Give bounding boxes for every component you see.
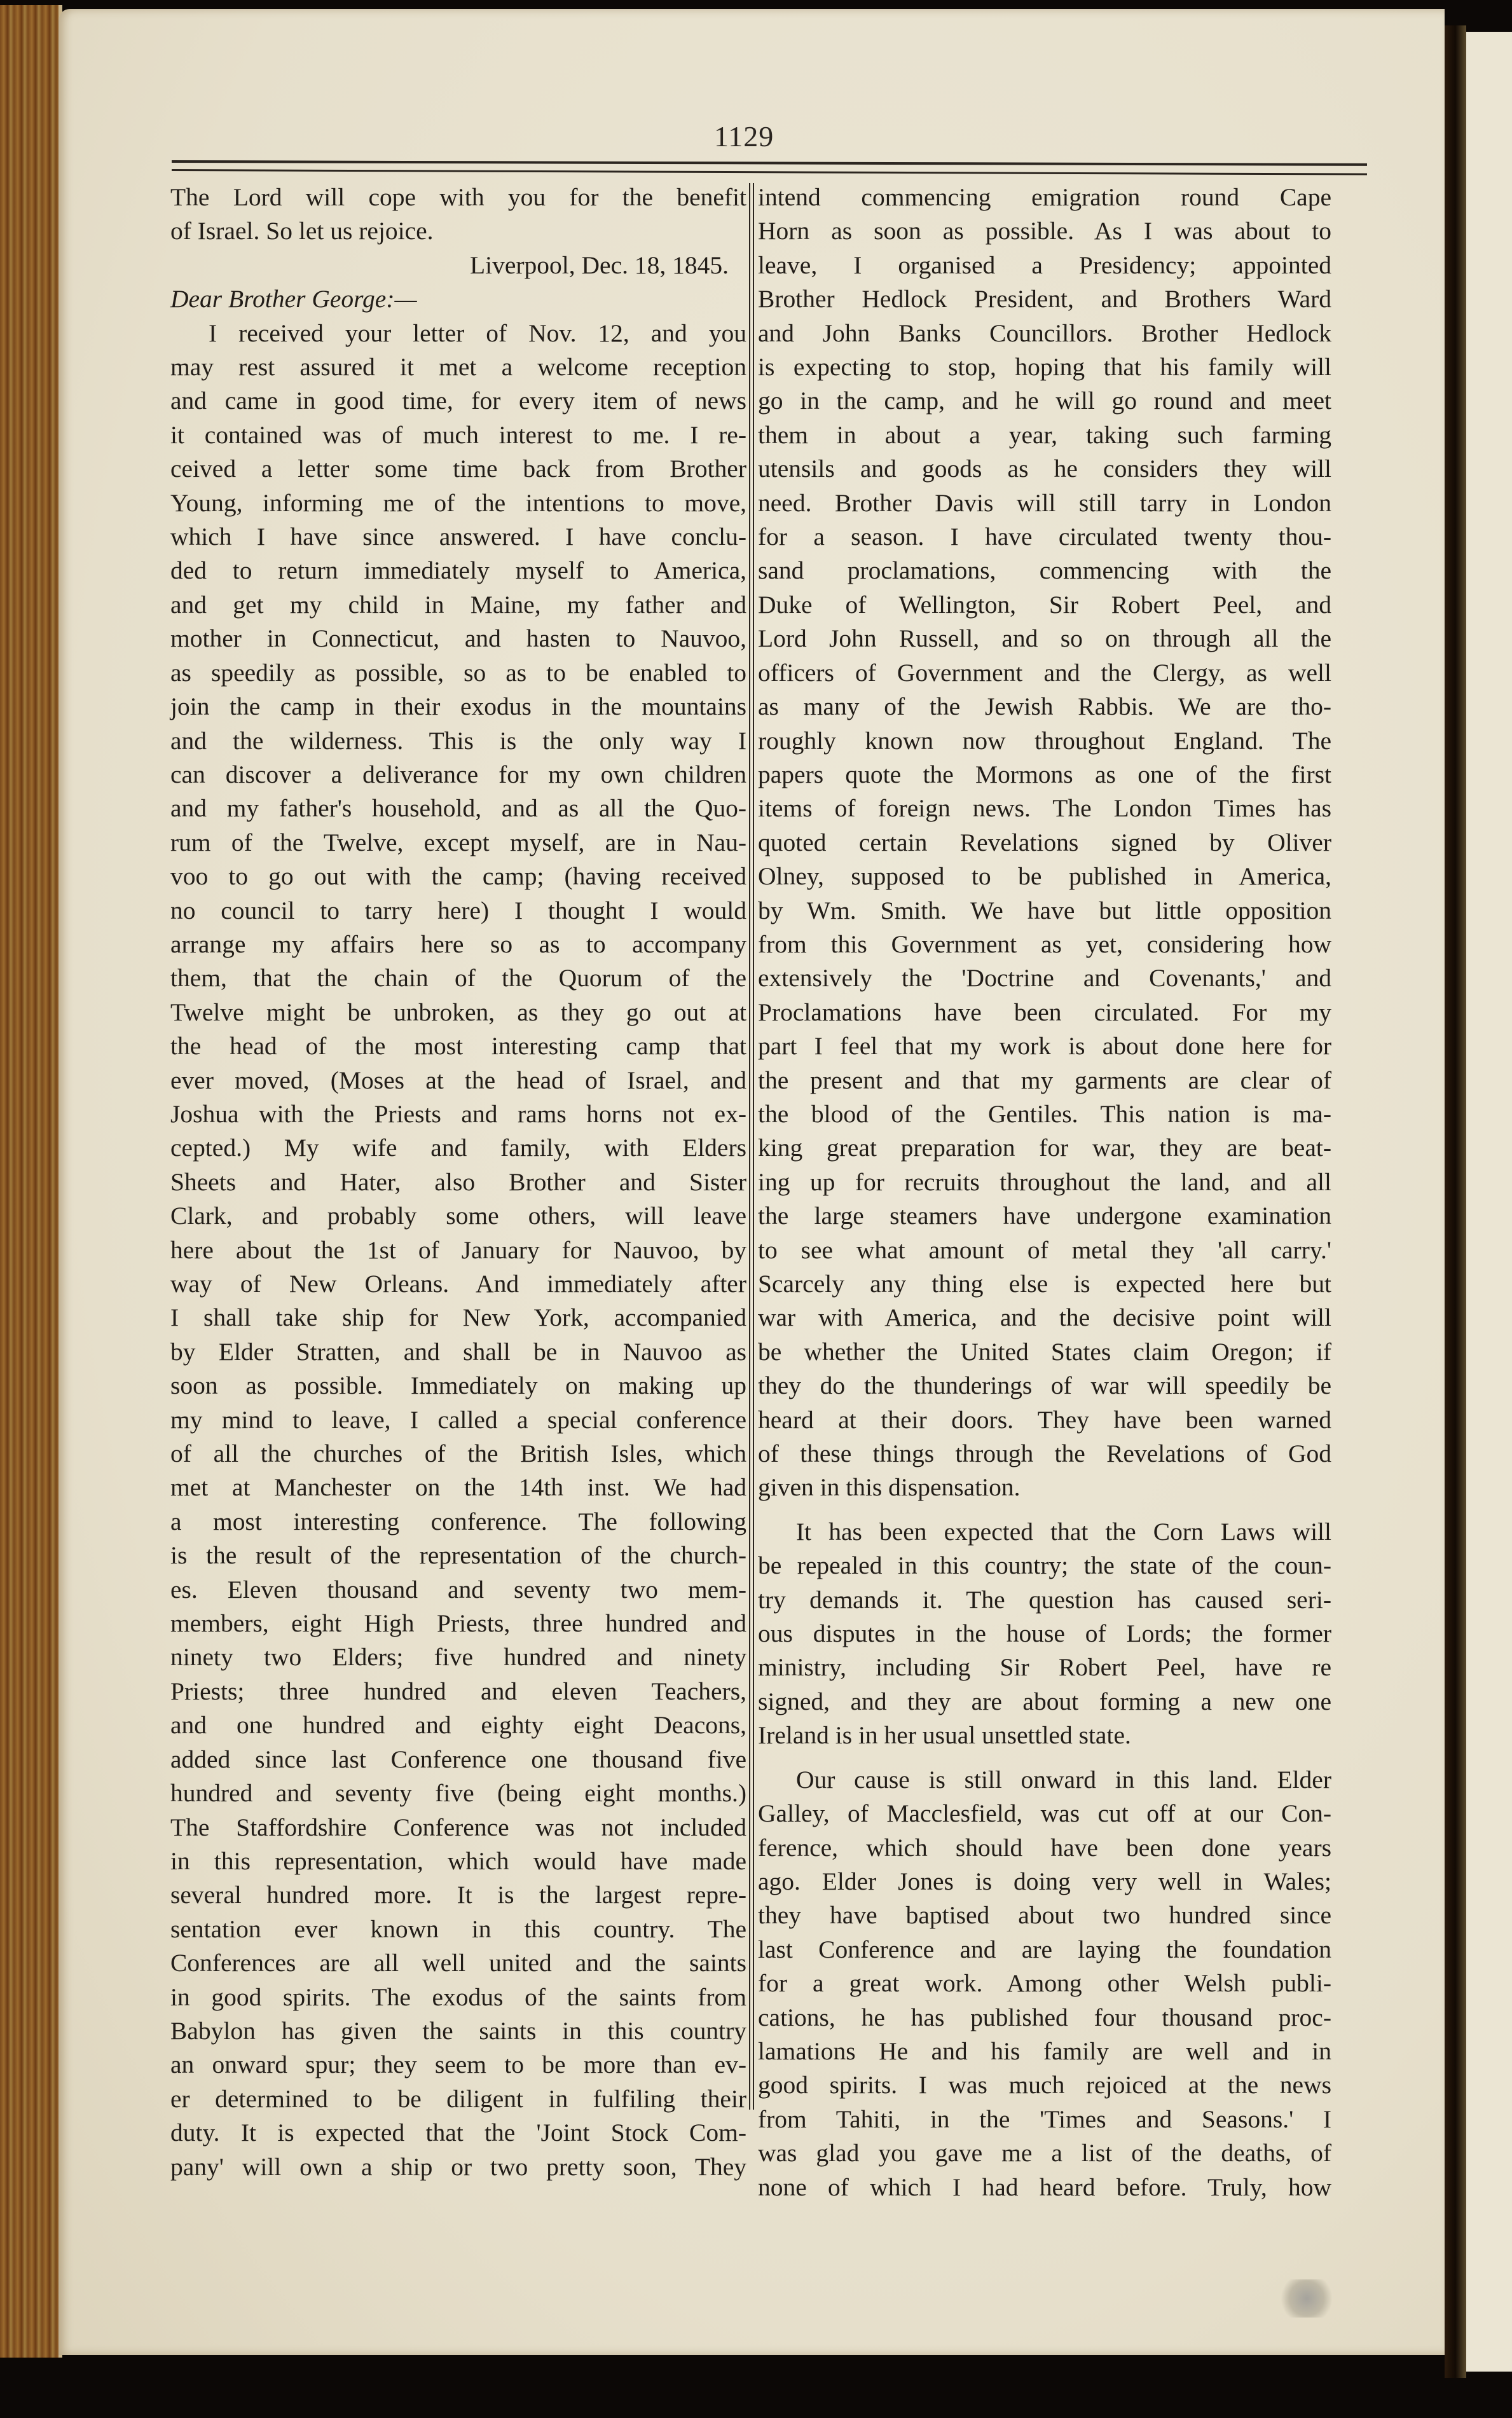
text-line: It has been expected that the Corn Laws … bbox=[758, 1515, 1331, 1549]
text-line: pany' will own a ship or two pretty soon… bbox=[170, 2150, 746, 2184]
text-line: sand proclamations, commencing with the bbox=[758, 554, 1331, 587]
text-line: they have baptised about two hundred sin… bbox=[758, 1899, 1331, 1932]
text-line: extensively the 'Doctrine and Covenants,… bbox=[758, 961, 1331, 995]
text-line: Babylon has given the saints in this cou… bbox=[170, 2014, 746, 2048]
text-line: ever moved, (Moses at the head of Israel… bbox=[170, 1064, 746, 1097]
text-line: need. Brother Davis will still tarry in … bbox=[758, 486, 1331, 520]
text-line: Lord John Russell, and so on through all… bbox=[758, 622, 1331, 656]
text-line: heard at their doors. They have been war… bbox=[758, 1403, 1331, 1437]
text-line: Conferences are all well united and the … bbox=[170, 1946, 746, 1980]
text-line: of these things through the Revelations … bbox=[758, 1437, 1331, 1471]
text-line: ing up for recruits throughout the land,… bbox=[758, 1165, 1331, 1199]
text-line: king great preparation for war, they are… bbox=[758, 1131, 1331, 1165]
text-line: duty. It is expected that the 'Joint Sto… bbox=[170, 2116, 746, 2150]
text-line: Ireland is in her usual unsettled state. bbox=[758, 1719, 1331, 1752]
text-line: Priests; three hundred and eleven Teache… bbox=[170, 1675, 746, 1708]
text-line: good spirits. I was much rejoiced at the… bbox=[758, 2068, 1331, 2102]
left-column: The Lord will cope with you for the bene… bbox=[170, 181, 746, 2184]
text-line: given in this dispensation. bbox=[758, 1471, 1331, 1504]
text-line: Sheets and Hater, also Brother and Siste… bbox=[170, 1165, 746, 1199]
text-line: Brother Hedlock President, and Brothers … bbox=[758, 282, 1331, 316]
column-divider bbox=[749, 183, 754, 2110]
text-line: ference, which should have been done yea… bbox=[758, 1831, 1331, 1865]
text-line: a most interesting conference. The follo… bbox=[170, 1505, 746, 1539]
text-line: part I feel that my work is about done h… bbox=[758, 1029, 1331, 1063]
text-line: they do the thunderings of war will spee… bbox=[758, 1369, 1331, 1403]
text-line: may rest assured it met a welcome recept… bbox=[170, 350, 746, 384]
page-stain bbox=[1278, 2279, 1335, 2318]
text-line: them, that the chain of the Quorum of th… bbox=[170, 961, 746, 995]
text-line: be repealed in this country; the state o… bbox=[758, 1549, 1331, 1583]
text-line: several hundred more. It is the largest … bbox=[170, 1878, 746, 1912]
text-line: The Staffordshire Conference was not inc… bbox=[170, 1811, 746, 1844]
text-line: go in the camp, and he will go round and… bbox=[758, 384, 1331, 418]
text-line: of Israel. So let us rejoice. bbox=[170, 214, 746, 248]
text-line: ous disputes in the house of Lords; the … bbox=[758, 1617, 1331, 1651]
text-line: Galley, of Macclesfield, was cut off at … bbox=[758, 1797, 1331, 1831]
text-line: met at Manchester on the 14th inst. We h… bbox=[170, 1471, 746, 1504]
text-line: by Elder Stratten, and shall be in Nauvo… bbox=[170, 1335, 746, 1369]
text-line: Horn as soon as possible. As I was about… bbox=[758, 214, 1331, 248]
text-line: in good spirits. The exodus of the saint… bbox=[170, 1981, 746, 2014]
text-line: to see what amount of metal they 'all ca… bbox=[758, 1233, 1331, 1267]
text-line: is the result of the representation of t… bbox=[170, 1539, 746, 1572]
text-line: the present and that my garments are cle… bbox=[758, 1064, 1331, 1097]
text-line: join the camp in their exodus in the mou… bbox=[170, 690, 746, 724]
text-line: roughly known now throughout England. Th… bbox=[758, 724, 1331, 758]
text-line: as many of the Jewish Rabbis. We are tho… bbox=[758, 690, 1331, 724]
text-line: voo to go out with the camp; (having rec… bbox=[170, 860, 746, 893]
text-line: Young, informing me of the intentions to… bbox=[170, 486, 746, 520]
text-line: rum of the Twelve, except myself, are in… bbox=[170, 826, 746, 860]
text-line: and the wilderness. This is the only way… bbox=[170, 724, 746, 758]
text-line: Olney, supposed to be published in Ameri… bbox=[758, 860, 1331, 893]
text-line: and get my child in Maine, my father and bbox=[170, 588, 746, 622]
salutation: Dear Brother George:— bbox=[170, 282, 746, 316]
text-line: Twelve might be unbroken, as they go out… bbox=[170, 996, 746, 1029]
text-line: lamations He and his family are well and… bbox=[758, 2035, 1331, 2068]
text-line: way of New Orleans. And immediately afte… bbox=[170, 1267, 746, 1301]
page-number: 1129 bbox=[714, 120, 774, 153]
text-line: intend commencing emigration round Cape bbox=[758, 181, 1331, 214]
text-line: er determined to be diligent in fulfilin… bbox=[170, 2082, 746, 2116]
text-line: it contained was of much interest to me.… bbox=[170, 418, 746, 452]
text-line: for a great work. Among other Welsh publ… bbox=[758, 1967, 1331, 2000]
text-line: from this Government as yet, considering… bbox=[758, 928, 1331, 961]
text-line: The Lord will cope with you for the bene… bbox=[170, 181, 746, 214]
text-line: papers quote the Mormons as one of the f… bbox=[758, 758, 1331, 792]
text-line: no council to tarry here) I thought I wo… bbox=[170, 894, 746, 928]
text-line: for a season. I have circulated twenty t… bbox=[758, 520, 1331, 554]
text-line: and my father's household, and as all th… bbox=[170, 792, 746, 825]
text-line: ninety two Elders; five hundred and nine… bbox=[170, 1640, 746, 1674]
dateline: Liverpool, Dec. 18, 1845. bbox=[170, 249, 746, 282]
text-line: ministry, including Sir Robert Peel, hav… bbox=[758, 1651, 1331, 1684]
book-gutter bbox=[1445, 25, 1466, 2378]
letter-body: I received your letter of Nov. 12, and y… bbox=[170, 317, 746, 2184]
text-line: ceived a letter some time back from Brot… bbox=[170, 452, 746, 486]
text-line: added since last Conference one thousand… bbox=[170, 1743, 746, 1776]
text-line: as speedily as possible, so as to be ena… bbox=[170, 656, 746, 690]
text-line: soon as possible. Immediately on making … bbox=[170, 1369, 746, 1403]
text-line: which I have since answered. I have conc… bbox=[170, 520, 746, 554]
text-line: arrange my affairs here so as to accompa… bbox=[170, 928, 746, 961]
text-line: es. Eleven thousand and seventy two mem- bbox=[170, 1573, 746, 1607]
text-line: Proclamations have been circulated. For … bbox=[758, 996, 1331, 1029]
text-line: them in about a year, taking such farmin… bbox=[758, 418, 1331, 452]
text-line: by Wm. Smith. We have but little opposit… bbox=[758, 894, 1331, 928]
paragraph: It has been expected that the Corn Laws … bbox=[758, 1515, 1331, 1753]
text-line: can discover a deliverance for my own ch… bbox=[170, 758, 746, 792]
facing-page-edge bbox=[1466, 32, 1512, 2372]
paragraph: intend commencing emigration round CapeH… bbox=[758, 181, 1331, 1505]
text-line: signed, and they are about forming a new… bbox=[758, 1685, 1331, 1719]
text-line: I received your letter of Nov. 12, and y… bbox=[170, 317, 746, 350]
text-line: and one hundred and eighty eight Deacons… bbox=[170, 1708, 746, 1742]
book-binding-edge bbox=[0, 5, 62, 2358]
text-line: from Tahiti, in the 'Times and Seasons.'… bbox=[758, 2103, 1331, 2136]
text-line: be whether the United States claim Orego… bbox=[758, 1335, 1331, 1369]
text-line: cepted.) My wife and family, with Elders bbox=[170, 1131, 746, 1165]
text-line: officers of Government and the Clergy, a… bbox=[758, 656, 1331, 690]
text-line: hundred and seventy five (being eight mo… bbox=[170, 1776, 746, 1810]
text-line: quoted certain Revelations signed by Oli… bbox=[758, 826, 1331, 860]
text-line: leave, I organised a Presidency; appoint… bbox=[758, 249, 1331, 282]
text-line: the blood of the Gentiles. This nation i… bbox=[758, 1097, 1331, 1131]
text-line: sentation ever known in this country. Th… bbox=[170, 1913, 746, 1946]
text-line: of all the churches of the British Isles… bbox=[170, 1437, 746, 1471]
text-line: the head of the most interesting camp th… bbox=[170, 1029, 746, 1063]
text-line: war with America, and the decisive point… bbox=[758, 1301, 1331, 1335]
text-line: Scarcely any thing else is expected here… bbox=[758, 1267, 1331, 1301]
text-line: and John Banks Councillors. Brother Hedl… bbox=[758, 317, 1331, 350]
text-line: my mind to leave, I called a special con… bbox=[170, 1403, 746, 1437]
text-line: here about the 1st of January for Nauvoo… bbox=[170, 1233, 746, 1267]
text-line: the large steamers have undergone examin… bbox=[758, 1199, 1331, 1233]
text-line: Joshua with the Priests and rams horns n… bbox=[170, 1097, 746, 1131]
text-line: try demands it. The question has caused … bbox=[758, 1583, 1331, 1617]
text-line: ago. Elder Jones is doing very well in W… bbox=[758, 1865, 1331, 1899]
text-line: an onward spur; they seem to be more tha… bbox=[170, 2048, 746, 2082]
text-line: utensils and goods as he considers they … bbox=[758, 452, 1331, 486]
text-line: and came in good time, for every item of… bbox=[170, 384, 746, 418]
text-line: Duke of Wellington, Sir Robert Peel, and bbox=[758, 588, 1331, 622]
text-line: I shall take ship for New York, accompan… bbox=[170, 1301, 746, 1335]
text-line: members, eight High Priests, three hundr… bbox=[170, 1607, 746, 1640]
text-line: ded to return immediately myself to Amer… bbox=[170, 554, 746, 587]
text-line: items of foreign news. The London Times … bbox=[758, 792, 1331, 825]
text-line: Our cause is still onward in this land. … bbox=[758, 1763, 1331, 1797]
text-line: is expecting to stop, hoping that his fa… bbox=[758, 350, 1331, 384]
paragraph: Our cause is still onward in this land. … bbox=[758, 1763, 1331, 2204]
text-line: last Conference and are laying the found… bbox=[758, 1933, 1331, 1967]
text-line: mother in Connecticut, and hasten to Nau… bbox=[170, 622, 746, 656]
text-line: was glad you gave me a list of the death… bbox=[758, 2136, 1331, 2170]
text-line: Clark, and probably some others, will le… bbox=[170, 1199, 746, 1233]
text-line: none of which I had heard before. Truly,… bbox=[758, 2171, 1331, 2204]
text-line: in this representation, which would have… bbox=[170, 1844, 746, 1878]
right-column: intend commencing emigration round CapeH… bbox=[758, 181, 1331, 2204]
text-line: cations, he has published four thousand … bbox=[758, 2001, 1331, 2035]
